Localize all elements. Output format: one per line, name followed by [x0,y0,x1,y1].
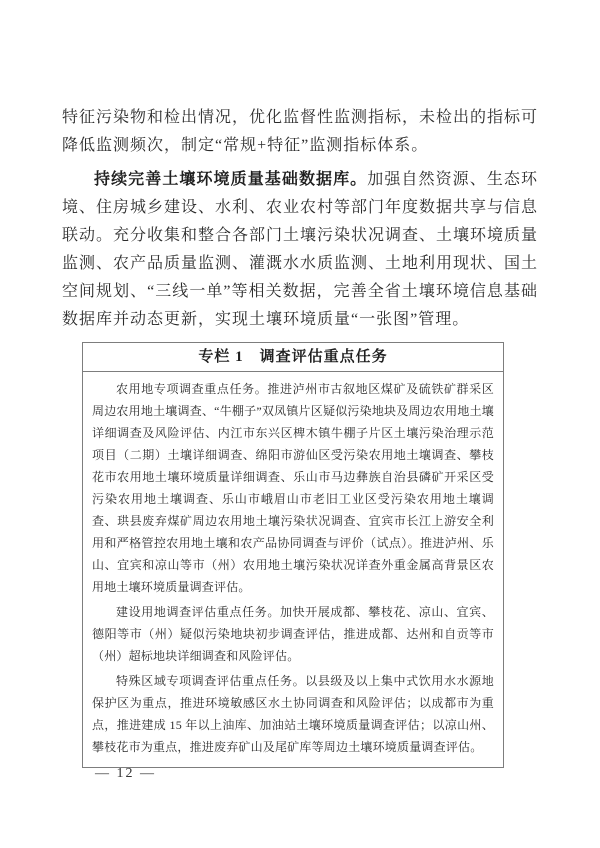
paragraph-body-text: 加强自然资源、生态环境、住房城乡建设、水利、农业农村等部门年度数据共享与信息联动… [62,171,538,328]
box-paragraph-farmland-survey: 农用地专项调查重点任务。推进泸州市古叙地区煤矿及硫铁矿群采区周边农用地土壤调查、… [92,378,494,598]
paragraph-lead-bold: 持续完善土壤环境质量基础数据库。 [94,171,367,188]
box-paragraph-special-regions: 特殊区域专项调查评估重点任务。以县级及以上集中式饮用水水源地保护区为重点，推进环… [92,670,494,758]
document-page: 特征污染物和检出情况，优化监督性监测指标，未检出的指标可降低监测频次，制定“常规… [0,0,600,848]
main-text-block: 特征污染物和检出情况，优化监督性监测指标，未检出的指标可降低监测频次，制定“常规… [62,104,538,768]
column-1-box: 专栏 1 调查评估重点任务 农用地专项调查重点任务。推进泸州市古叙地区煤矿及硫铁… [82,342,504,768]
column-box-body: 农用地专项调查重点任务。推进泸州市古叙地区煤矿及硫铁矿群采区周边农用地土壤调查、… [83,372,503,767]
paragraph-soil-database: 持续完善土壤环境质量基础数据库。加强自然资源、生态环境、住房城乡建设、水利、农业… [62,166,538,334]
paragraph-monitoring-indicators: 特征污染物和检出情况，优化监督性监测指标，未检出的指标可降低监测频次，制定“常规… [62,104,538,160]
page-number: — 12 — [95,766,156,782]
box-paragraph-construction-land: 建设用地调查评估重点任务。加快开展成都、攀枝花、凉山、宜宾、德阳等市（州）疑似污… [92,601,494,667]
column-box-title: 专栏 1 调查评估重点任务 [83,343,503,372]
